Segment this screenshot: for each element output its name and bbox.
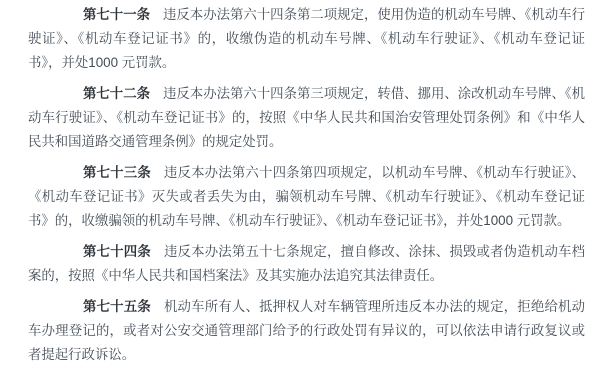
article-paragraph-74: 第七十四条违反本办法第五十七条规定，擅自修改、涂抹、损毁或者伪造机动车档案的，按… <box>28 240 585 288</box>
article-number: 第七十四条 <box>83 244 151 259</box>
article-paragraph-73: 第七十三条违反本办法第六十四条第四项规定，以机动车号牌、《机动车行驶证》、《机动… <box>28 161 585 233</box>
document-page: 第七十一条违反本办法第六十四条第二项规定，使用伪造的机动车号牌、《机动车行驶证》… <box>0 0 600 380</box>
article-number: 第七十三条 <box>83 165 151 180</box>
article-paragraph-75: 第七十五条机动车所有人、抵押权人对车辆管理所违反本办法的规定，拒绝给机动车办理登… <box>28 295 585 367</box>
article-paragraph-71: 第七十一条违反本办法第六十四条第二项规定，使用伪造的机动车号牌、《机动车行驶证》… <box>28 3 585 75</box>
article-number: 第七十五条 <box>83 299 151 314</box>
article-paragraph-72: 第七十二条违反本办法第六十四条第三项规定，转借、挪用、涂改机动车号牌、《机动车行… <box>28 82 585 154</box>
article-number: 第七十一条 <box>83 7 150 22</box>
article-number: 第七十二条 <box>83 86 150 101</box>
